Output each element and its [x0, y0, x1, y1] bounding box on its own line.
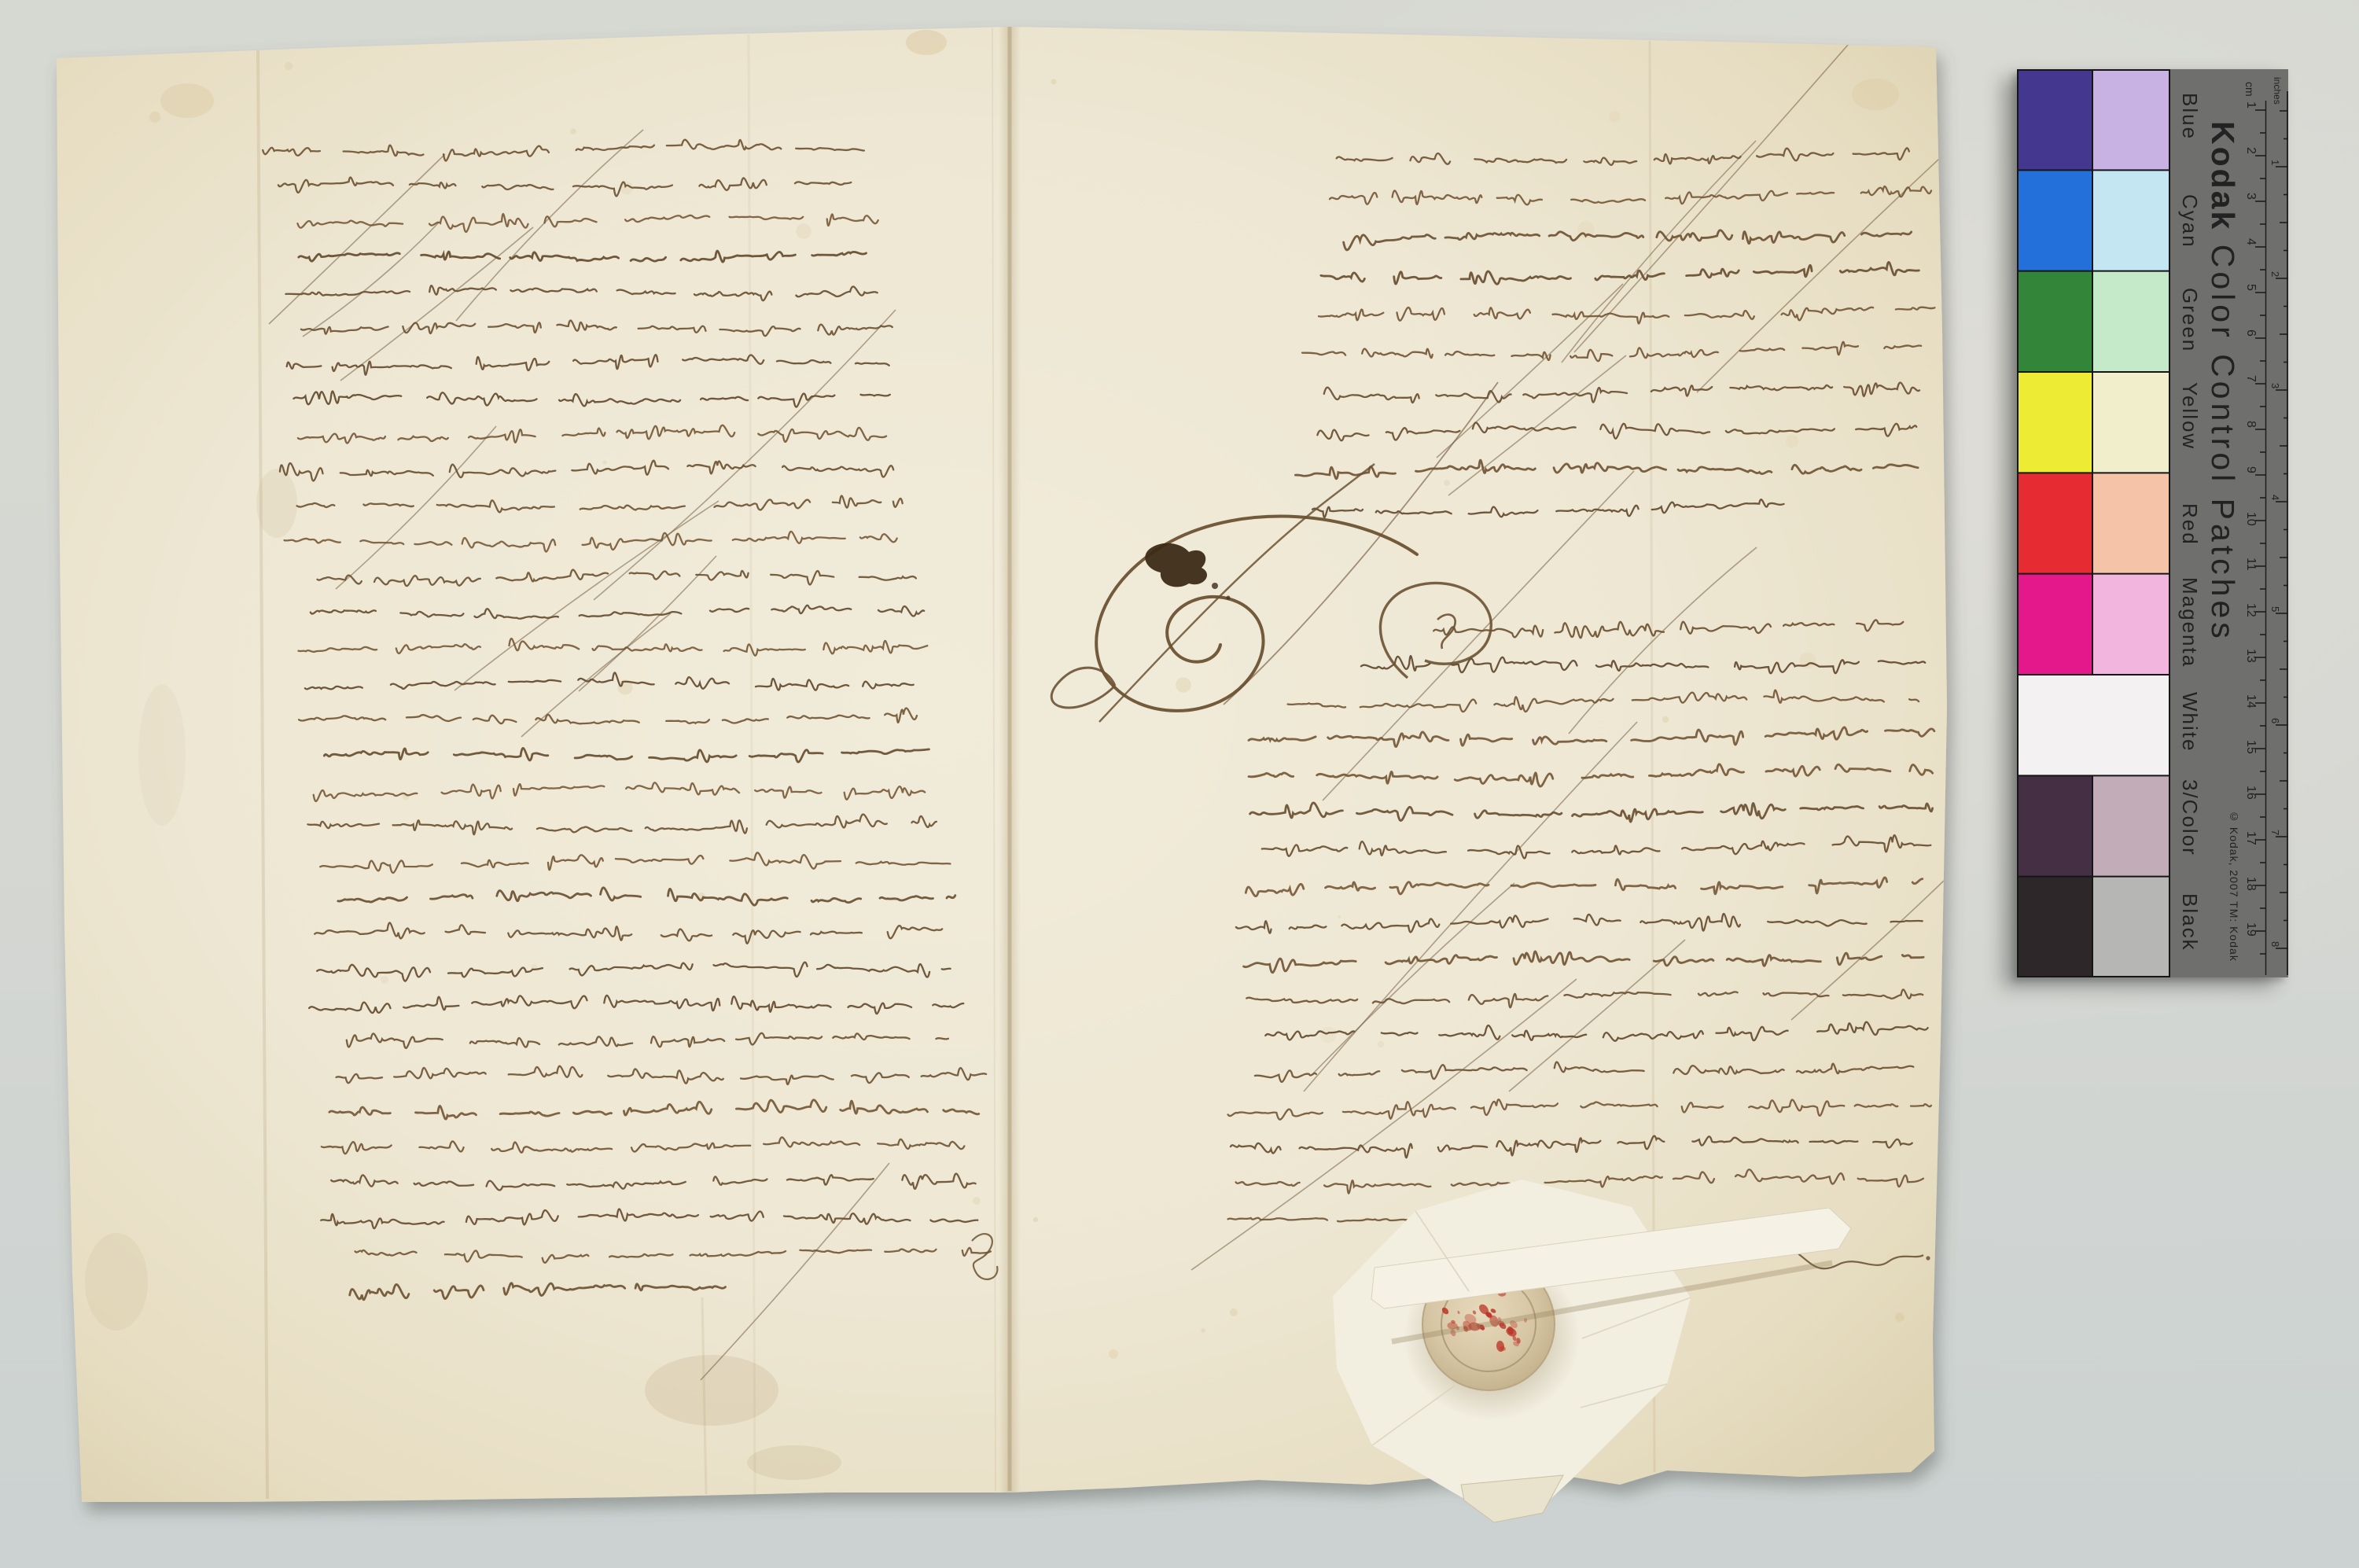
kodak-title-text: Color Control Patches	[2205, 231, 2241, 642]
patch-label-magenta: Magenta	[2177, 577, 2202, 668]
cm-number-9: 9	[2243, 466, 2258, 473]
kodak-color-card: Kodak Color Control Patches © Kodak, 200…	[2017, 69, 2288, 977]
inches-unit-label: inches	[2272, 77, 2283, 105]
manuscript-sheet	[57, 0, 2050, 1522]
paper-stain	[645, 1355, 778, 1426]
patch-label-black: Black	[2177, 893, 2202, 951]
cm-number-8: 8	[2243, 421, 2258, 428]
cm-number-16: 16	[2243, 786, 2258, 800]
patch-strong-green	[2017, 271, 2092, 372]
patch-strong-magenta	[2017, 574, 2092, 675]
foxing-spot	[1320, 1027, 1337, 1043]
cm-number-10: 10	[2243, 512, 2258, 526]
cm-number-17: 17	[2243, 831, 2258, 845]
inch-number-7: 7	[2269, 830, 2281, 835]
cm-number-12: 12	[2243, 603, 2258, 617]
foxing-spot	[285, 62, 293, 70]
cm-number-14: 14	[2243, 694, 2258, 709]
cm-unit-label: cm	[2243, 82, 2256, 97]
paper-stain	[138, 684, 186, 826]
foxing-spot	[973, 1197, 981, 1205]
foxing-spot	[149, 112, 160, 123]
foxing-spot	[1201, 1328, 1205, 1332]
patch-strong-black	[2017, 877, 2092, 977]
foxing-spot	[1786, 435, 1799, 448]
cm-number-13: 13	[2243, 649, 2258, 663]
cm-number-4: 4	[2243, 238, 2258, 245]
paper-stain	[256, 469, 297, 538]
inch-number-5: 5	[2269, 606, 2281, 612]
kodak-brand-text: Kodak	[2205, 121, 2241, 231]
foxing-spot	[1338, 915, 1341, 918]
inch-number-2: 2	[2269, 271, 2281, 277]
photo-stage: Kodak Color Control Patches © Kodak, 200…	[0, 0, 2359, 1568]
foxing-spot	[602, 460, 606, 464]
ink-splatter-dot	[1227, 596, 1231, 600]
foxing-spot	[1609, 111, 1621, 123]
paper-stain	[747, 1445, 841, 1480]
cm-number-7: 7	[2243, 375, 2258, 382]
inch-number-1: 1	[2269, 160, 2281, 165]
cm-number-18: 18	[2243, 877, 2258, 891]
foxing-spot	[381, 976, 388, 984]
patch-light-green	[2092, 271, 2169, 372]
foxing-spot	[1033, 1217, 1038, 1222]
cm-number-11: 11	[2243, 558, 2258, 571]
ink-splatter-dot	[1212, 583, 1218, 589]
inch-number-4: 4	[2269, 495, 2281, 500]
manuscript-photo-svg	[0, 0, 2359, 1568]
patch-strong-3/color	[2017, 775, 2092, 876]
patch-label-blue: Blue	[2177, 93, 2202, 140]
patch-label-yellow: Yellow	[2177, 382, 2202, 450]
kodak-card-title: Kodak Color Control Patches	[2204, 121, 2241, 642]
cm-number-19: 19	[2243, 922, 2258, 937]
cm-number-2: 2	[2243, 147, 2258, 154]
foxing-spot	[1378, 1041, 1384, 1047]
foxing-spot	[1230, 1309, 1238, 1316]
inch-number-8: 8	[2269, 941, 2281, 947]
patch-strong-cyan	[2017, 170, 2092, 271]
patch-label-red: Red	[2177, 503, 2202, 546]
foxing-spot	[570, 128, 576, 134]
patch-light-blue	[2092, 69, 2169, 170]
patch-light-red	[2092, 473, 2169, 573]
patch-label-cyan: Cyan	[2177, 194, 2202, 248]
foxing-spot	[1444, 480, 1450, 486]
foxing-spot	[1662, 716, 1669, 723]
patch-light-cyan	[2092, 170, 2169, 271]
patch-light-black	[2092, 877, 2169, 977]
cm-number-3: 3	[2243, 193, 2258, 200]
foxing-spot	[1051, 79, 1056, 84]
patch-strong-yellow	[2017, 372, 2092, 473]
patch-label-white: White	[2177, 692, 2202, 752]
cm-number-15: 15	[2243, 740, 2258, 754]
cm-number-6: 6	[2243, 329, 2258, 337]
cm-number-1: 1	[2243, 101, 2258, 109]
patch-label-green: Green	[2177, 288, 2202, 352]
kodak-copyright-text: © Kodak, 2007 TM: Kodak	[2228, 810, 2240, 962]
paper-stain	[85, 1233, 148, 1331]
patch-light-yellow	[2092, 372, 2169, 473]
foxing-spot	[1895, 1312, 1904, 1322]
signature-dot	[1926, 1256, 1930, 1260]
patch-light-3/color	[2092, 775, 2169, 876]
foxing-spot	[1176, 677, 1191, 692]
patch-light-magenta	[2092, 574, 2169, 675]
paper-stain	[1852, 79, 1899, 110]
patch-strong-blue	[2017, 69, 2092, 170]
inch-number-3: 3	[2269, 383, 2281, 388]
patch-label-3/color: 3/Color	[2177, 779, 2202, 856]
cm-number-5: 5	[2243, 284, 2258, 291]
paper-stain	[906, 30, 947, 55]
patch-white	[2017, 675, 2169, 775]
foxing-spot	[796, 223, 811, 239]
paper-stain	[160, 83, 214, 118]
foxing-spot	[1109, 1349, 1118, 1359]
inch-number-6: 6	[2269, 718, 2281, 723]
patch-strong-red	[2017, 473, 2092, 573]
